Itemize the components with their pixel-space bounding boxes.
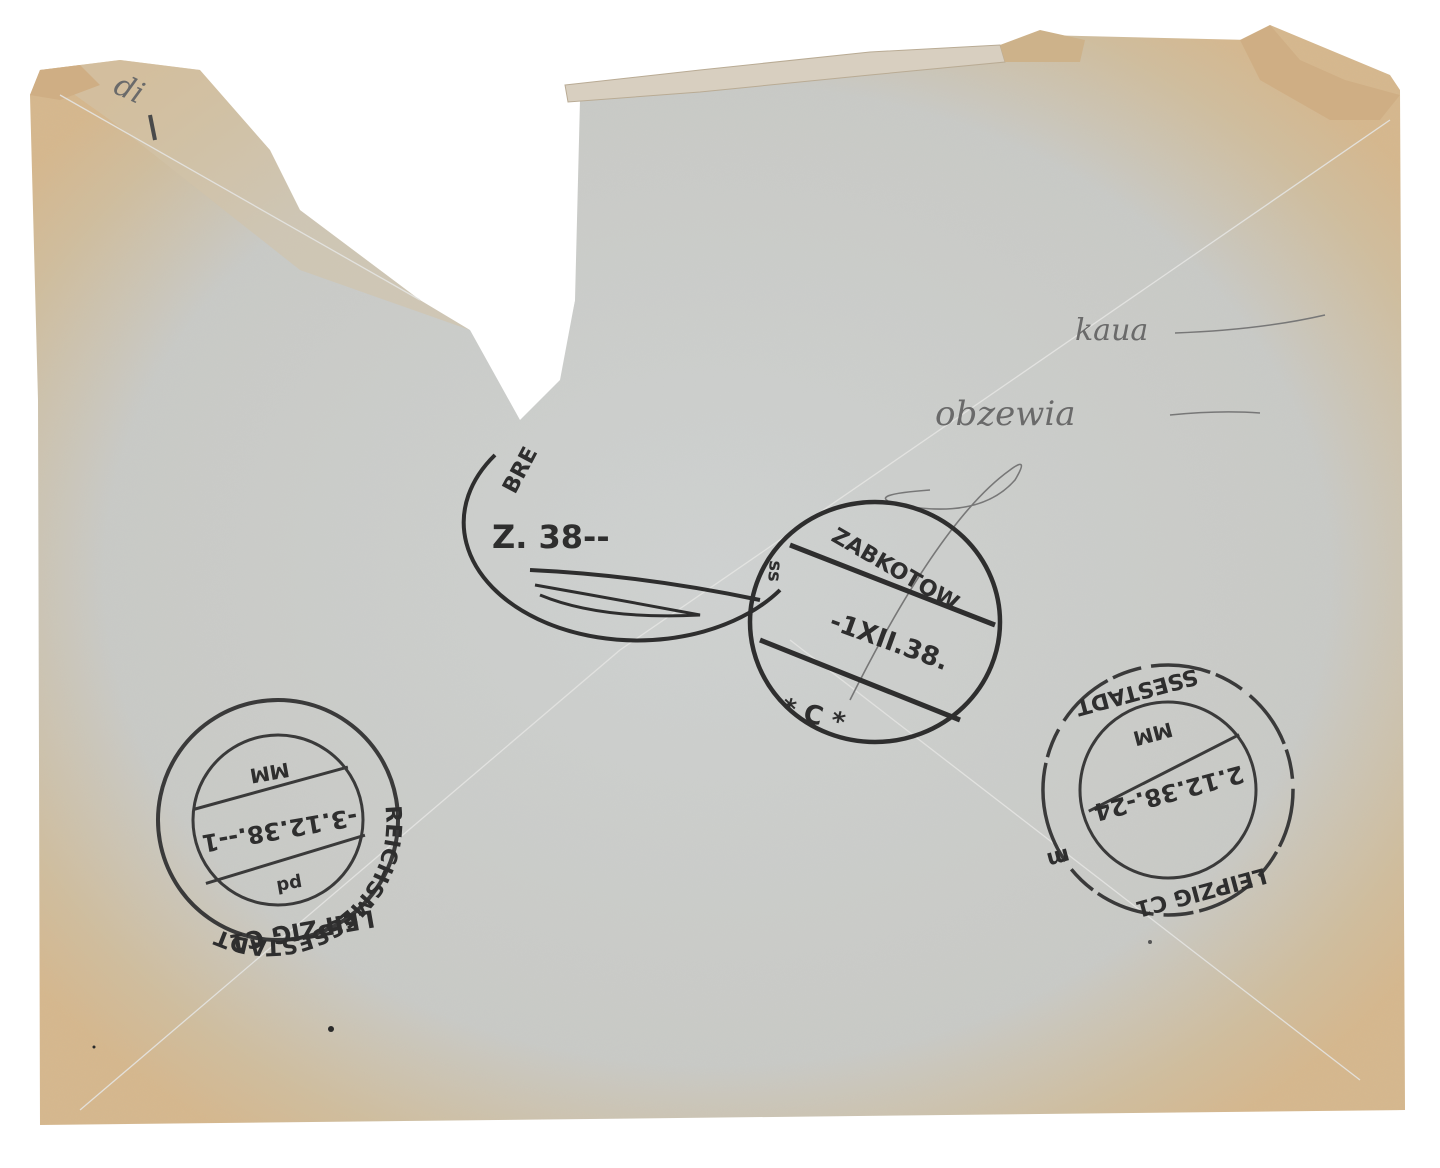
- ink-speck: [1148, 940, 1152, 944]
- pencil-line-1: kaua: [1075, 313, 1148, 348]
- pencil-line-2: obzewia: [935, 394, 1076, 434]
- ink-speck: [328, 1026, 334, 1032]
- postmark-zabkowice-fragment: ss: [763, 560, 786, 583]
- ink-speck: [93, 1046, 96, 1049]
- envelope-scene: di kaua obzewia BRE Z. 38-- ZABKOTOW ss …: [0, 0, 1440, 1168]
- postmark-leipzig-left-code: pd: [275, 872, 304, 897]
- postmark-breslau-date: Z. 38--: [492, 518, 610, 556]
